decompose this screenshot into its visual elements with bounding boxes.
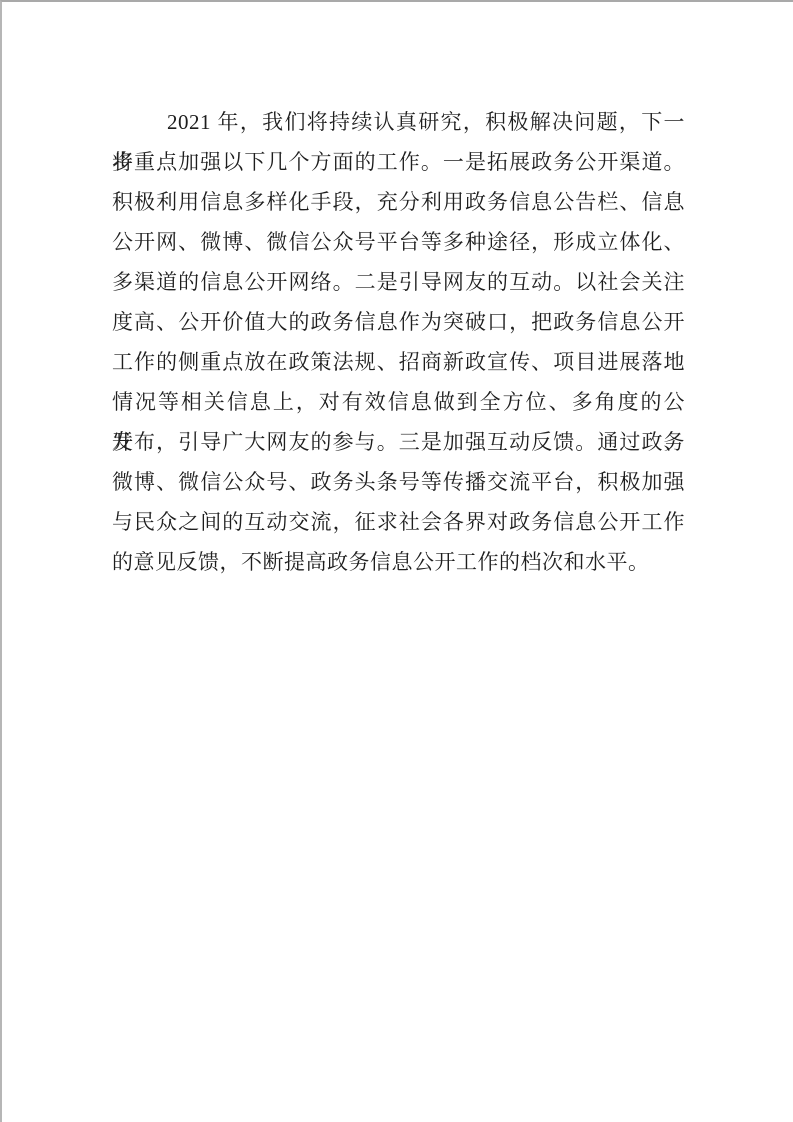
paragraph-line: 工作的侧重点放在政策法规、招商新政宣传、项目进展落地 (112, 342, 685, 382)
paragraph-line: 多渠道的信息公开网络。二是引导网友的互动。以社会关注 (112, 262, 685, 302)
document-page: 2021 年，我们将持续认真研究，积极解决问题，下一步将重点加强以下几个方面的工… (0, 0, 793, 1122)
paragraph: 2021 年，我们将持续认真研究，积极解决问题，下一步将重点加强以下几个方面的工… (112, 102, 685, 582)
paragraph-line: 与民众之间的互动交流，征求社会各界对政务信息公开工作 (112, 502, 685, 542)
paragraph-line: 积极利用信息多样化手段，充分利用政务信息公告栏、信息 (112, 182, 685, 222)
paragraph-line: 微博、微信公众号、政务头条号等传播交流平台，积极加强 (112, 462, 685, 502)
paragraph-line: 发布，引导广大网友的参与。三是加强互动反馈。通过政务 (112, 422, 685, 462)
paragraph-line: 公开网、微博、微信公众号平台等多种途径，形成立体化、 (112, 222, 685, 262)
paragraph-line: 度高、公开价值大的政务信息作为突破口，把政务信息公开 (112, 302, 685, 342)
paragraph-line: 的意见反馈，不断提高政务信息公开工作的档次和水平。 (112, 542, 685, 582)
paragraph-line: 情况等相关信息上，对有效信息做到全方位、多角度的公开、 (112, 382, 685, 422)
paragraph-line: 将重点加强以下几个方面的工作。一是拓展政务公开渠道。 (112, 142, 685, 182)
paragraph-line: 2021 年，我们将持续认真研究，积极解决问题，下一步 (112, 102, 685, 142)
